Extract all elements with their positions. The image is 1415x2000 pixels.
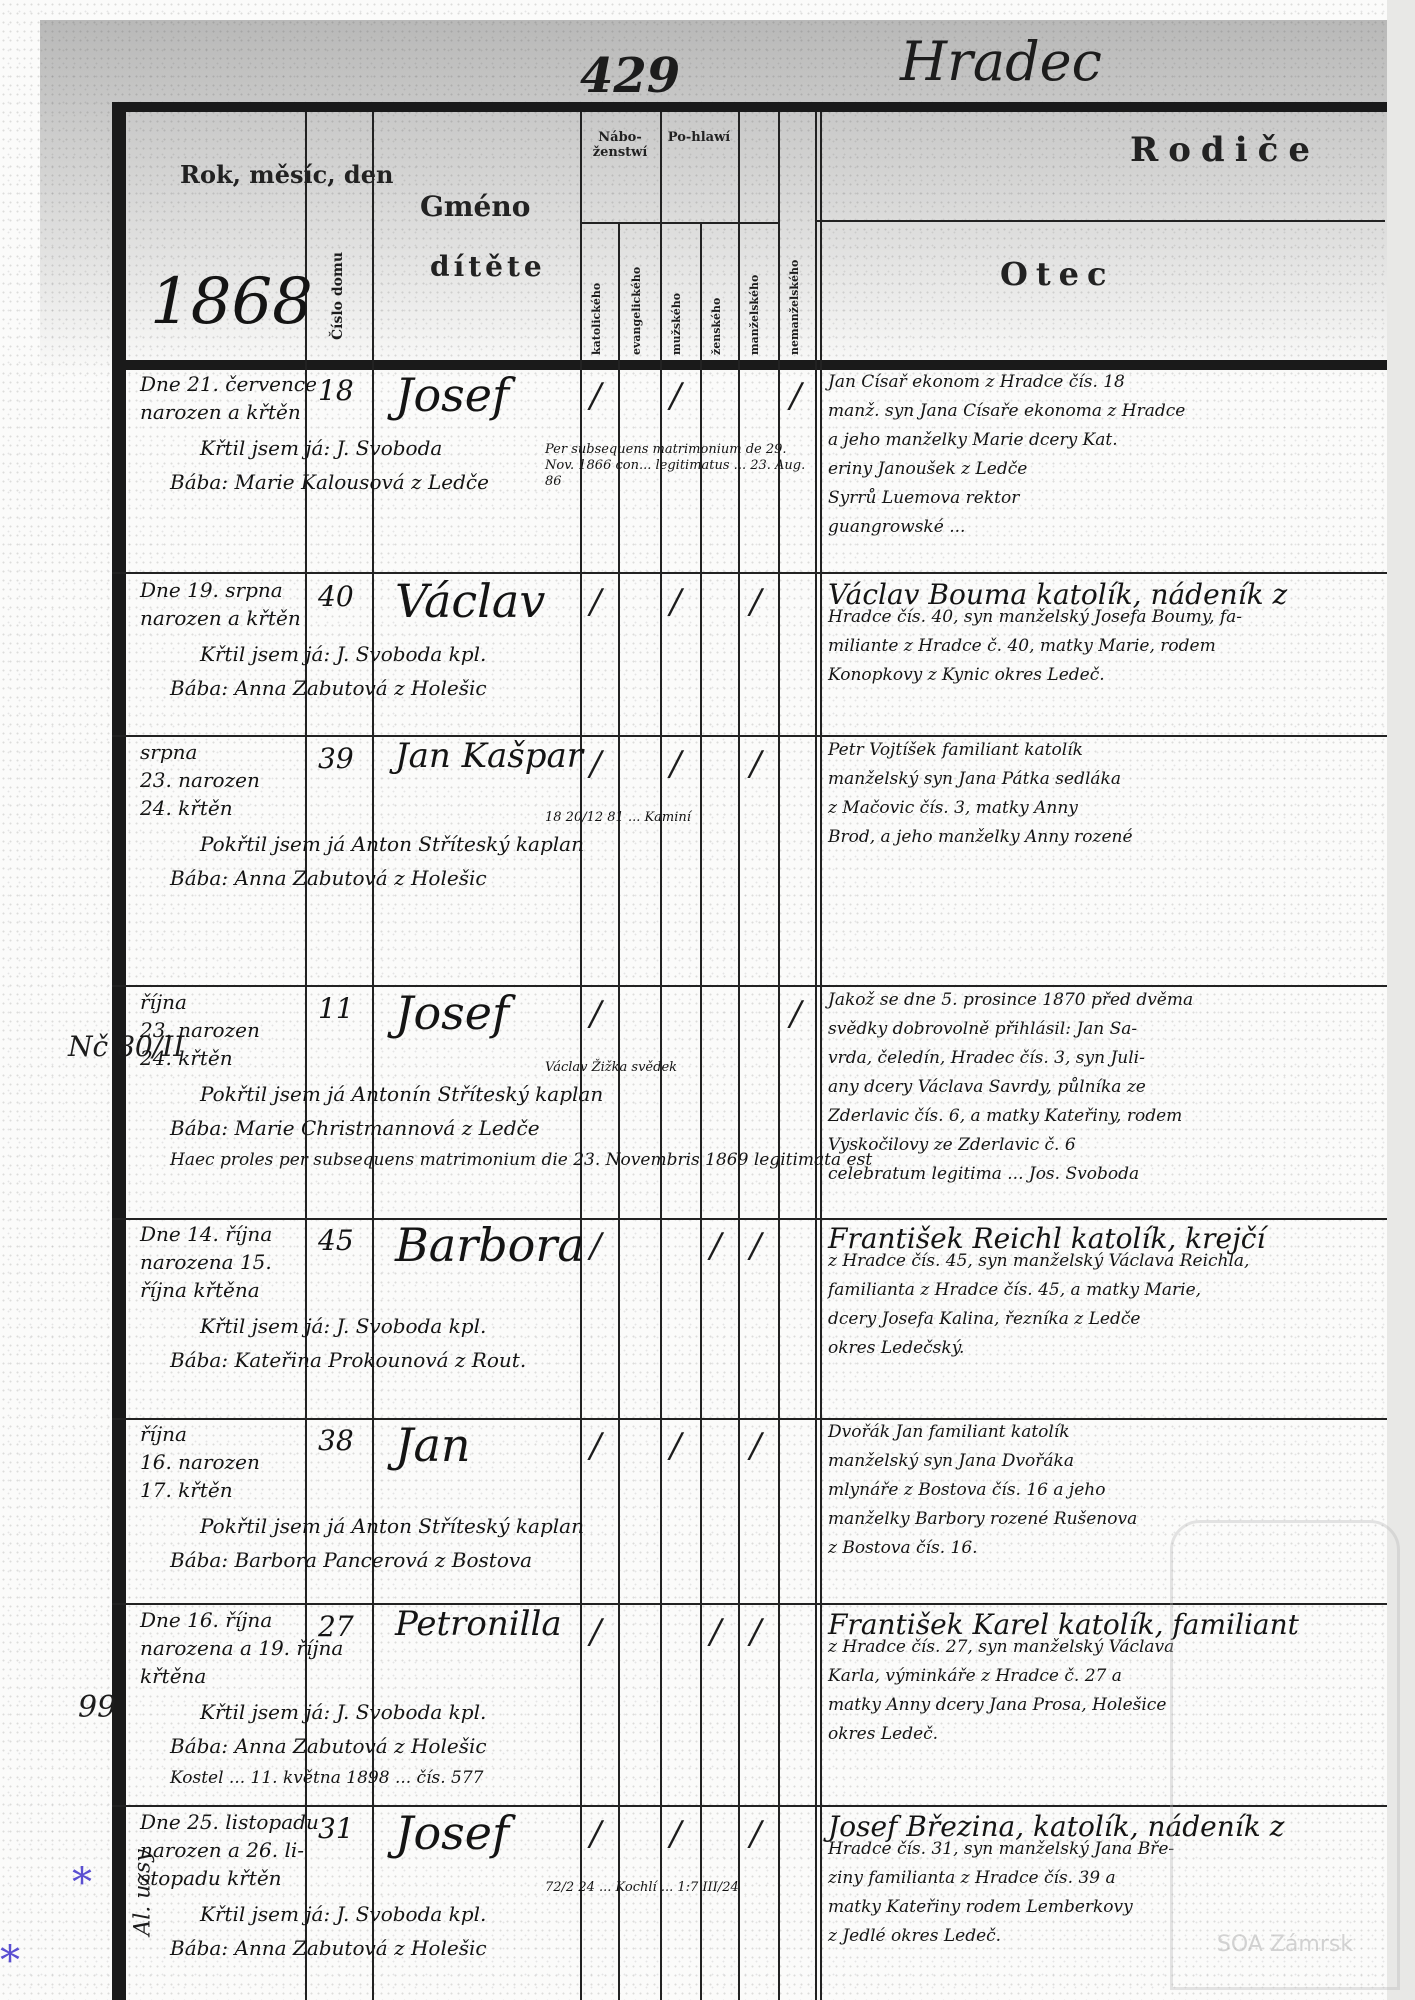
entry-father: manželky Barbory rozené Rušenova [828, 1509, 1137, 1529]
entry-child-name: Petronilla [395, 1604, 562, 1644]
entry-baptism-note: Křtil jsem já: J. Svoboda kpl. [200, 1902, 486, 1926]
asterisk-mark: * [72, 1860, 92, 1906]
entry-father: Petr Vojtíšek familiant katolík [828, 740, 1083, 760]
entry-mark: / [590, 1814, 601, 1854]
entry-mark: / [670, 376, 681, 416]
entry-father: Brod, a jeho manželky Anny rozené [828, 827, 1133, 847]
column-divider [820, 112, 822, 2000]
entry-date: října křtěna [140, 1278, 260, 1302]
entry-baptism-note: Pokřtil jsem já Anton Stříteský kaplan [200, 832, 584, 856]
entry-baptism-note: Bába: Anna Zabutová z Holešic [170, 866, 487, 890]
entry-date: narozena a 19. října [140, 1636, 343, 1660]
entry-house-number: 18 [318, 374, 354, 407]
header-legitimate: manželského [748, 230, 761, 355]
entry-mark: / [670, 1814, 681, 1854]
entry-date: srpna [140, 740, 197, 764]
entry-date: Dne 21. července [140, 372, 317, 396]
archive-watermark: SOA Zámrsk [1170, 1520, 1400, 1990]
entry-father: Syrrů Luemova rektor [828, 488, 1019, 508]
entry-house-number: 31 [318, 1812, 354, 1845]
entry-mark: / [750, 582, 761, 622]
header-top-rule [112, 102, 1387, 112]
entry-father: Jakož se dne 5. prosince 1870 před dvěma [828, 990, 1193, 1010]
entry-mark: / [590, 1226, 601, 1266]
entry-baptism-note: Křtil jsem já: J. Svoboda kpl. [200, 1700, 486, 1724]
header-other-religion: evangelického [630, 240, 643, 355]
entry-father: z Bostova čís. 16. [828, 1538, 978, 1558]
entry-date: 24. křtěn [140, 796, 233, 820]
entry-mark: / [790, 376, 801, 416]
margin-note: 99 [78, 1690, 116, 1725]
entry-house-number: 27 [318, 1610, 354, 1643]
entry-father: vrda, čeledín, Hradec čís. 3, syn Juli- [828, 1048, 1145, 1068]
entry-father: any dcery Václava Savrdy, půlníka ze [828, 1077, 1146, 1097]
entry-house-number: 11 [318, 992, 354, 1025]
entry-father: svědky dobrovolně přihlásil: Jan Sa- [828, 1019, 1137, 1039]
entry-mark: / [750, 1814, 761, 1854]
entry-baptism-note: Křtil jsem já: J. Svoboda kpl. [200, 642, 486, 666]
row-divider [112, 985, 1387, 987]
entry-side-note: 18 20/12 81 ... Kaminí [545, 810, 815, 826]
entry-house-number: 40 [318, 580, 354, 613]
entry-father: guangrowské ... [828, 517, 965, 537]
entry-child-name: Barbora [395, 1218, 585, 1272]
entry-father: mlynáře z Bostova čís. 16 a jeho [828, 1480, 1105, 1500]
entry-baptism-note: Haec proles per subsequens matrimonium d… [170, 1150, 872, 1170]
entry-mark: / [670, 582, 681, 622]
header-father: Otec [1000, 255, 1115, 293]
entry-date: 23. narozen [140, 1018, 260, 1042]
entry-mark: / [590, 1612, 601, 1652]
entry-side-note: Per subsequens matrimonium de 29. Nov. 1… [545, 442, 815, 490]
entry-date: narozen a 26. li- [140, 1838, 304, 1862]
column-divider [778, 112, 780, 2000]
entry-mark: / [670, 1426, 681, 1466]
header-parents: Rodiče [1130, 130, 1320, 170]
entry-father: eriny Janoušek z Ledče [828, 459, 1027, 479]
entry-father: ziny familianta z Hradce čís. 39 a [828, 1868, 1116, 1888]
column-divider [738, 112, 740, 2000]
entry-date: stopadu křtěn [140, 1866, 282, 1890]
entry-date: Dne 14. října [140, 1222, 272, 1246]
entry-father: Hradce čís. 40, syn manželský Josefa Bou… [828, 607, 1242, 627]
entry-father: dcery Josefa Kalina, řezníka z Ledče [828, 1309, 1140, 1329]
entry-date: narozen a křtěn [140, 400, 301, 424]
entry-baptism-note: Křtil jsem já: J. Svoboda kpl. [200, 1314, 486, 1338]
entry-date: křtěna [140, 1664, 206, 1688]
entry-mark: / [590, 994, 601, 1034]
entry-father: Jan Císař ekonom z Hradce čís. 18 [828, 372, 1125, 392]
entry-father: Zderlavic čís. 6, a matky Kateřiny, rode… [828, 1106, 1182, 1126]
header-child-name-top: Gméno [420, 190, 530, 223]
entry-father: miliante z Hradce č. 40, matky Marie, ro… [828, 636, 1216, 656]
entry-baptism-note: Pokřtil jsem já Antonín Stříteský kaplan [200, 1082, 603, 1106]
header-child-name-bottom: dítěte [430, 250, 546, 283]
entry-father: manž. syn Jana Císaře ekonoma z Hradce [828, 401, 1185, 421]
entry-father: Karla, výminkáře z Hradce č. 27 a [828, 1666, 1122, 1686]
column-divider [815, 112, 817, 2000]
entry-baptism-note: Bába: Anna Zabutová z Holešic [170, 676, 487, 700]
entry-child-name: Josef [395, 368, 509, 422]
entry-date: Dne 19. srpna [140, 578, 283, 602]
entry-child-name: Václav [395, 574, 545, 628]
entry-baptism-note: Bába: Kateřina Prokounová z Rout. [170, 1348, 526, 1372]
entry-baptism-note: Křtil jsem já: J. Svoboda [200, 436, 442, 460]
entry-side-note: Václav Žižka svědek [545, 1060, 815, 1076]
entry-house-number: 38 [318, 1424, 354, 1457]
column-divider [580, 112, 582, 2000]
entry-baptism-note: Bába: Marie Kalousová z Ledče [170, 470, 489, 494]
entry-mark: / [750, 744, 761, 784]
margin-note: Al. uzsy [131, 1849, 156, 1935]
row-divider [112, 572, 1387, 574]
entry-baptism-note: Bába: Marie Christmannová z Ledče [170, 1116, 540, 1140]
entry-father: z Hradce čís. 45, syn manželský Václava … [828, 1251, 1249, 1271]
entry-mark: / [670, 744, 681, 784]
entry-mark: / [590, 1426, 601, 1466]
entry-mark: / [710, 1226, 721, 1266]
entry-baptism-note: Bába: Anna Zabutová z Holešic [170, 1734, 487, 1758]
entry-date: října [140, 990, 187, 1014]
entry-side-note: 72/2 24 ... Kochlí ... 1:7 III/24 [545, 1880, 815, 1896]
entry-father: a jeho manželky Marie dcery Kat. [828, 430, 1118, 450]
entry-baptism-note: Bába: Anna Zabutová z Holešic [170, 1936, 487, 1960]
entry-mark: / [710, 1612, 721, 1652]
entry-mark: / [750, 1226, 761, 1266]
entry-mark: / [590, 376, 601, 416]
subheader-rule [580, 222, 780, 224]
entry-date: října [140, 1422, 187, 1446]
entry-father: okres Ledeč. [828, 1724, 938, 1744]
entry-baptism-note: Kostel ... 11. května 1898 ... čís. 577 [170, 1768, 484, 1788]
entry-father: okres Ledečský. [828, 1338, 964, 1358]
entry-father: Hradce čís. 31, syn manželský Jana Bře- [828, 1839, 1174, 1859]
entry-date: Dne 16. října [140, 1608, 272, 1632]
column-divider [660, 112, 662, 2000]
entry-mark: / [790, 994, 801, 1034]
subheader-rule [815, 220, 1385, 222]
entry-father: z Jedlé okres Ledeč. [828, 1926, 1001, 1946]
row-divider [112, 1418, 1387, 1420]
header-bottom-rule [112, 360, 1387, 370]
row-divider [112, 735, 1387, 737]
entry-father: manželský syn Jana Pátka sedláka [828, 769, 1121, 789]
entry-date: 17. křtěn [140, 1478, 233, 1502]
entry-date: 23. narozen [140, 768, 260, 792]
entry-father: familianta z Hradce čís. 45, a matky Mar… [828, 1280, 1201, 1300]
entry-baptism-note: Bába: Barbora Pancerová z Bostova [170, 1548, 532, 1572]
header-male: mužského [670, 240, 683, 355]
entry-date: 16. narozen [140, 1450, 260, 1474]
header-illegitimate: nemanželského [788, 200, 801, 355]
header-sex: Po-hlawí [662, 130, 736, 145]
header-house-number: Číslo domu [330, 240, 346, 340]
entry-father: z Hradce čís. 27, syn manželský Václava [828, 1637, 1174, 1657]
entry-father: matky Kateřiny rodem Lemberkovy [828, 1897, 1133, 1917]
entry-house-number: 39 [318, 742, 354, 775]
entry-father: Konopkovy z Kynic okres Ledeč. [828, 665, 1105, 685]
entry-date: Dne 25. listopadu [140, 1810, 319, 1834]
entry-mark: / [590, 582, 601, 622]
asterisk-mark: * [0, 1938, 20, 1984]
header-religion: Nábo-ženstwí [582, 130, 658, 160]
entry-father: manželský syn Jana Dvořáka [828, 1451, 1074, 1471]
entry-date: narozena 15. [140, 1250, 272, 1274]
entry-father: matky Anny dcery Jana Prosa, Holešice [828, 1695, 1166, 1715]
header-female: ženského [710, 240, 723, 355]
entry-father: celebratum legitima ... Jos. Svoboda [828, 1164, 1139, 1184]
place-name: Hradec [900, 30, 1102, 93]
entry-child-name: Josef [395, 986, 509, 1040]
entry-date: narozen a křtěn [140, 606, 301, 630]
entry-baptism-note: Pokřtil jsem já Anton Stříteský kaplan [200, 1514, 584, 1538]
header-catholic: katolického [590, 240, 603, 355]
entry-father: z Mačovic čís. 3, matky Anny [828, 798, 1078, 818]
entry-mark: / [750, 1426, 761, 1466]
entry-child-name: Josef [395, 1806, 509, 1860]
year: 1868 [150, 265, 313, 339]
entry-child-name: Jan [395, 1418, 471, 1472]
header-date: Rok, měsíc, den [180, 160, 393, 189]
entry-father: Dvořák Jan familiant katolík [828, 1422, 1070, 1442]
entry-mark: / [590, 744, 601, 784]
entry-child-name: Jan Kašpar [395, 736, 583, 776]
page-number: 429 [580, 48, 680, 104]
entry-mark: / [750, 1612, 761, 1652]
entry-house-number: 45 [318, 1224, 354, 1257]
entry-date: 24. křtěn [140, 1046, 233, 1070]
row-divider [112, 1218, 1387, 1220]
entry-father: Vyskočilovy ze Zderlavic č. 6 [828, 1135, 1076, 1155]
